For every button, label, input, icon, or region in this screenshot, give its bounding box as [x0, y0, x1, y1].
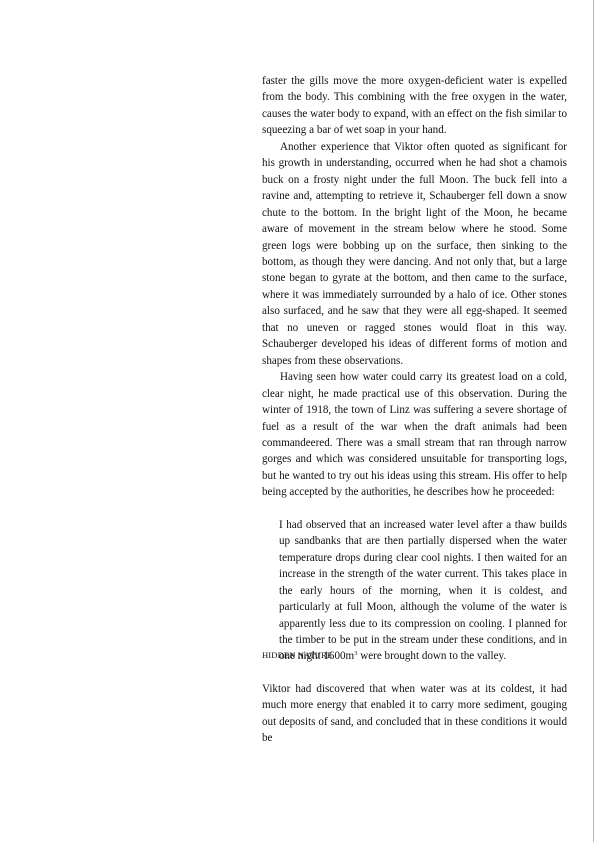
block-quote: I had observed that an increased water l… — [279, 517, 567, 665]
quote-text-end: were brought down to the valley. — [357, 650, 506, 662]
body-text: faster the gills move the more oxygen-de… — [262, 73, 567, 747]
paragraph-gills: faster the gills move the more oxygen-de… — [262, 73, 567, 139]
quote-text: I had observed that an increased water l… — [279, 519, 567, 663]
paragraph-coldest-water: Viktor had discovered that when water wa… — [262, 681, 567, 747]
paragraph-chamois-buck: Another experience that Viktor often quo… — [262, 139, 567, 369]
page-edge-line — [593, 0, 594, 842]
paragraph-linz-1918: Having seen how water could carry its gr… — [262, 369, 567, 501]
running-footer: HIDDEN NATURE — [262, 650, 332, 660]
